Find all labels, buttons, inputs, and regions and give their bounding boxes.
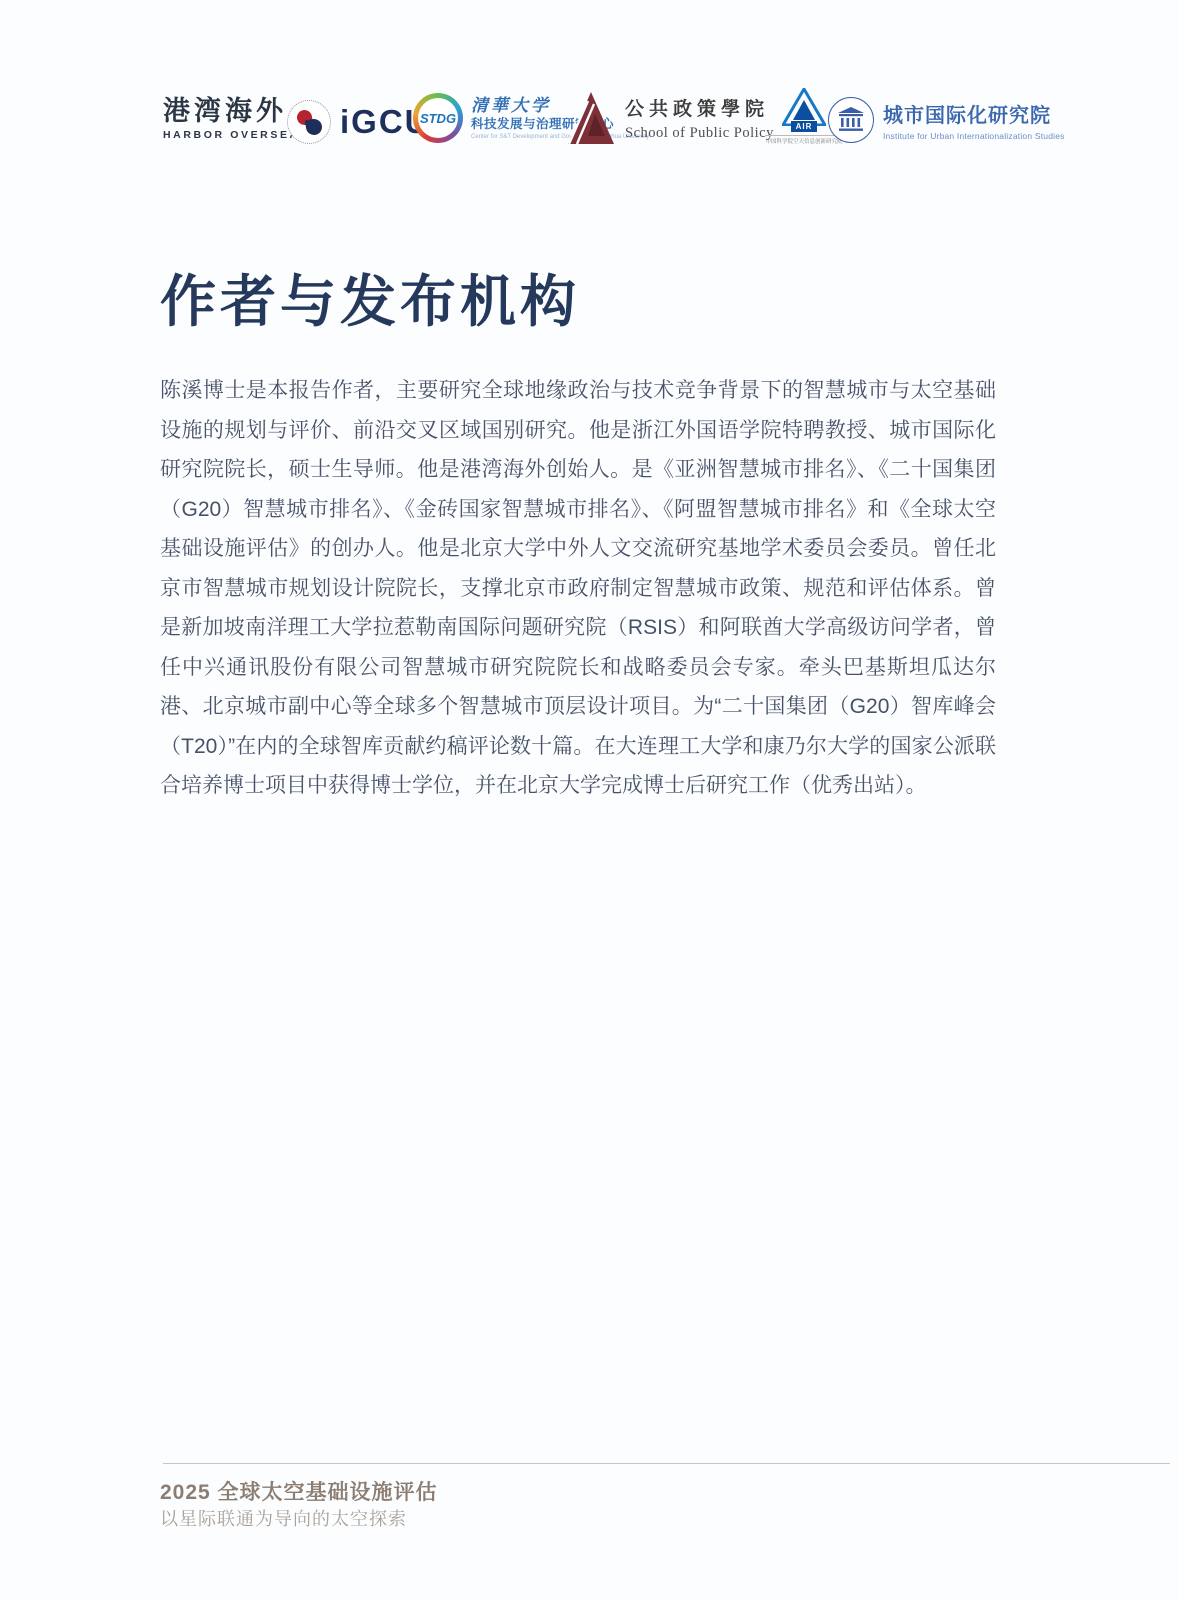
- igcu-seal-icon: [287, 100, 331, 144]
- building-icon: [836, 107, 866, 133]
- iuis-text-block: 城市国际化研究院 Institute for Urban Internation…: [883, 99, 1065, 141]
- iuis-english-name: Institute for Urban Internationalization…: [883, 131, 1065, 141]
- logo-urban-internationalization-institute: 城市国际化研究院 Institute for Urban Internation…: [828, 97, 1065, 143]
- logo-school-of-public-policy: 公共政策學院 School of Public Policy: [568, 92, 774, 144]
- stdg-badge: STDG: [418, 98, 458, 138]
- igcu-blue-shape-icon: [305, 118, 324, 137]
- footer-divider: [163, 1463, 1170, 1464]
- harbor-overseas-title: 港湾海外: [163, 97, 287, 127]
- author-bio-paragraph: 陈溪博士是本报告作者，主要研究全球地缘政治与技术竞争背景下的智慧城市与太空基础设…: [160, 371, 996, 806]
- iuis-chinese-name: 城市国际化研究院: [883, 99, 1065, 128]
- footer-report-title: 2025 全球太空基础设施评估: [160, 1476, 438, 1506]
- spp-triangle-icon: [568, 92, 614, 144]
- air-acronym: AIR: [791, 121, 818, 132]
- stdg-rainbow-ring-icon: STDG: [413, 93, 463, 143]
- report-page: 港湾海外 HARBOR OVERSEAS iGCU STDG 清華大学 科技发展…: [0, 0, 1178, 1600]
- iuis-seal-icon: [828, 97, 874, 143]
- footer-report-subtitle: 以星际联通为导向的太空探索: [160, 1505, 407, 1531]
- logo-igcu: iGCU: [287, 100, 431, 144]
- page-title: 作者与发布机构: [160, 258, 580, 338]
